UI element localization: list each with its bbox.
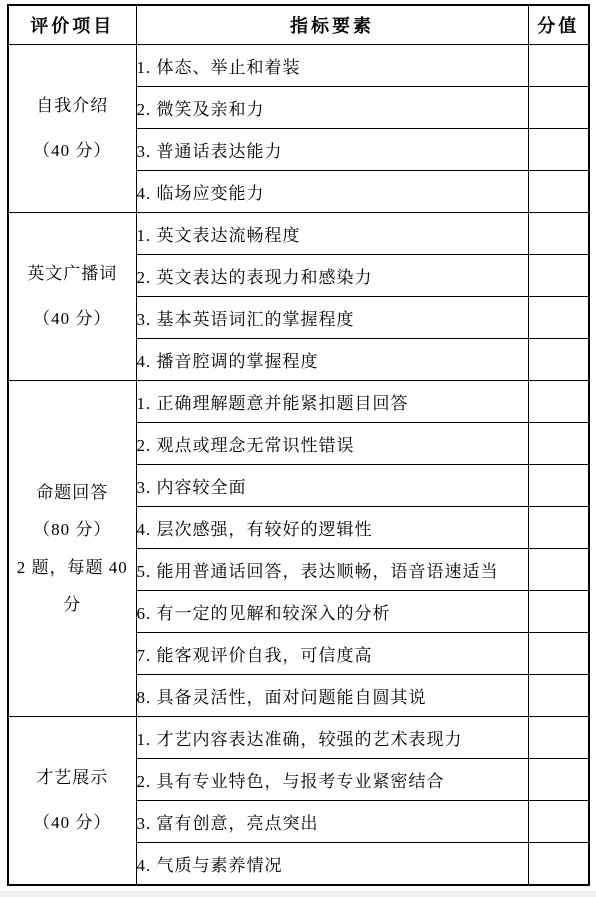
table-row: 自我介绍 （40 分）1. 体态、举止和着装 <box>8 45 589 87</box>
indicator-cell: 1. 体态、举止和着装 <box>136 45 528 87</box>
page-bottom-strip <box>0 891 596 897</box>
indicator-cell: 1. 正确理解题意并能紧扣题目回答 <box>136 381 528 423</box>
score-cell <box>528 297 589 339</box>
evaluation-rubric-table: 评价项目 指标要素 分值 自我介绍 （40 分）1. 体态、举止和着装2. 微笑… <box>7 4 590 886</box>
header-indicator: 指标要素 <box>136 5 528 45</box>
category-cell: 自我介绍 （40 分） <box>8 45 136 213</box>
score-cell <box>528 339 589 381</box>
header-score: 分值 <box>528 5 589 45</box>
indicator-cell: 6. 有一定的见解和较深入的分析 <box>136 591 528 633</box>
category-cell: 英文广播词 （40 分） <box>8 213 136 381</box>
score-cell <box>528 759 589 801</box>
indicator-cell: 4. 层次感强，有较好的逻辑性 <box>136 507 528 549</box>
document-page: 评价项目 指标要素 分值 自我介绍 （40 分）1. 体态、举止和着装2. 微笑… <box>7 4 590 886</box>
indicator-cell: 7. 能客观评价自我，可信度高 <box>136 633 528 675</box>
score-cell <box>528 45 589 87</box>
indicator-cell: 8. 具备灵活性，面对问题能自圆其说 <box>136 675 528 717</box>
indicator-cell: 2. 具有专业特色，与报考专业紧密结合 <box>136 759 528 801</box>
score-cell <box>528 591 589 633</box>
table-row: 命题回答 （80 分） 2 题，每题 40 分1. 正确理解题意并能紧扣题目回答 <box>8 381 589 423</box>
score-cell <box>528 549 589 591</box>
score-cell <box>528 255 589 297</box>
indicator-cell: 2. 观点或理念无常识性错误 <box>136 423 528 465</box>
score-cell <box>528 171 589 213</box>
category-cell: 命题回答 （80 分） 2 题，每题 40 分 <box>8 381 136 717</box>
score-cell <box>528 507 589 549</box>
indicator-cell: 3. 富有创意，亮点突出 <box>136 801 528 843</box>
score-cell <box>528 801 589 843</box>
score-cell <box>528 675 589 717</box>
indicator-cell: 3. 普通话表达能力 <box>136 129 528 171</box>
table-body: 自我介绍 （40 分）1. 体态、举止和着装2. 微笑及亲和力3. 普通话表达能… <box>8 45 589 886</box>
header-category: 评价项目 <box>8 5 136 45</box>
score-cell <box>528 87 589 129</box>
score-cell <box>528 465 589 507</box>
indicator-cell: 4. 播音腔调的掌握程度 <box>136 339 528 381</box>
indicator-cell: 4. 气质与素养情况 <box>136 843 528 886</box>
table-row: 英文广播词 （40 分）1. 英文表达流畅程度 <box>8 213 589 255</box>
score-cell <box>528 423 589 465</box>
indicator-cell: 2. 英文表达的表现力和感染力 <box>136 255 528 297</box>
table-row: 才艺展示 （40 分）1. 才艺内容表达准确，较强的艺术表现力 <box>8 717 589 759</box>
indicator-cell: 1. 英文表达流畅程度 <box>136 213 528 255</box>
indicator-cell: 3. 内容较全面 <box>136 465 528 507</box>
indicator-cell: 3. 基本英语词汇的掌握程度 <box>136 297 528 339</box>
indicator-cell: 5. 能用普通话回答，表达顺畅，语音语速适当 <box>136 549 528 591</box>
score-cell <box>528 129 589 171</box>
score-cell <box>528 717 589 759</box>
header-row: 评价项目 指标要素 分值 <box>8 5 589 45</box>
category-cell: 才艺展示 （40 分） <box>8 717 136 886</box>
score-cell <box>528 843 589 886</box>
indicator-cell: 2. 微笑及亲和力 <box>136 87 528 129</box>
indicator-cell: 4. 临场应变能力 <box>136 171 528 213</box>
score-cell <box>528 213 589 255</box>
score-cell <box>528 381 589 423</box>
indicator-cell: 1. 才艺内容表达准确，较强的艺术表现力 <box>136 717 528 759</box>
score-cell <box>528 633 589 675</box>
